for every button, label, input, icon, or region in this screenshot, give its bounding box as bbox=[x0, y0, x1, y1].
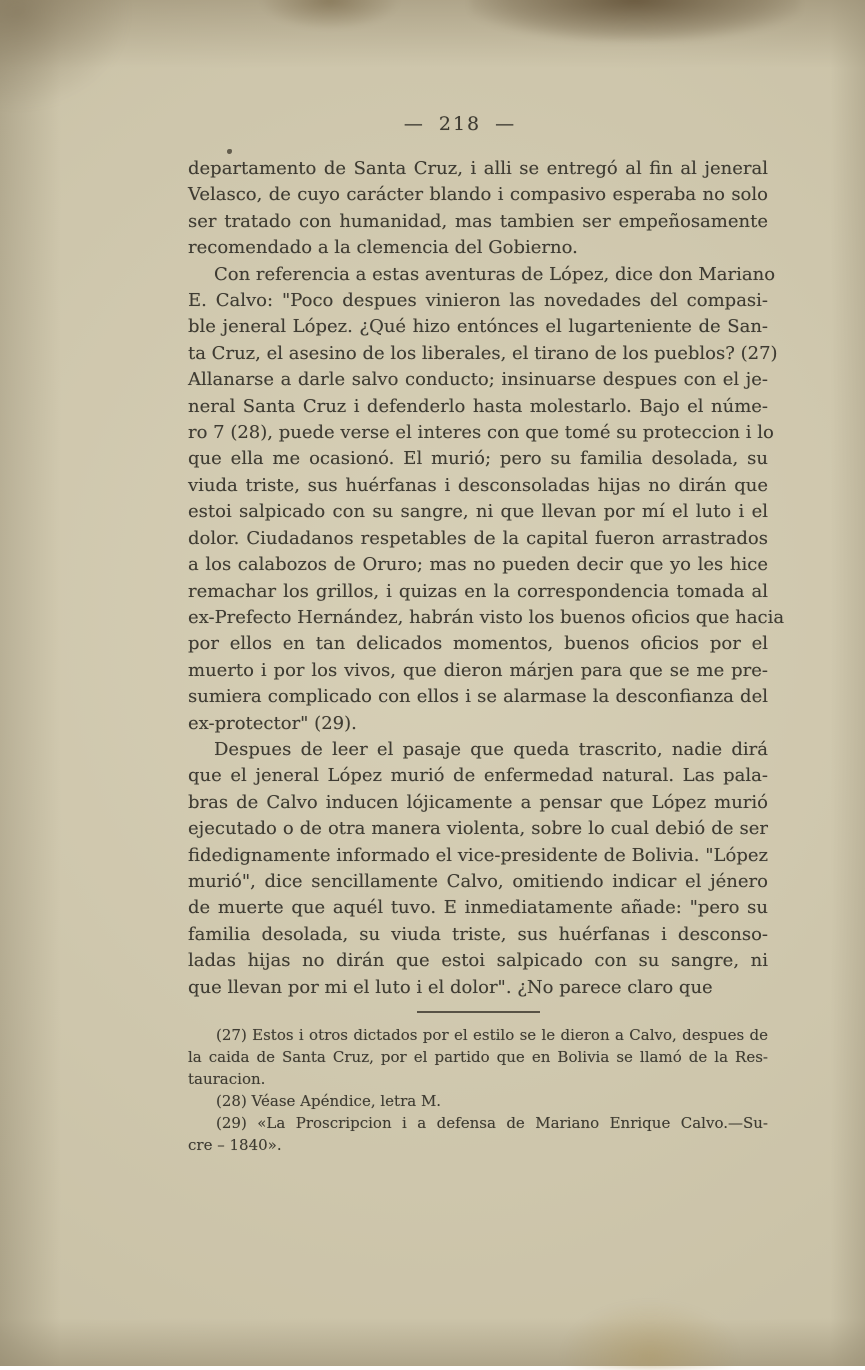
text-line: Velasco, de cuyo carácter blando i compa… bbox=[188, 182, 768, 208]
text-line: ladas hijas no dirán que estoi salpicado… bbox=[188, 948, 768, 974]
footnote-separator bbox=[417, 1011, 540, 1013]
text-line: Con referencia a estas aventuras de Lópe… bbox=[188, 262, 768, 288]
text-line: Allanarse a darle salvo conducto; insinu… bbox=[188, 367, 768, 393]
text-line: familia desolada, su viuda triste, sus h… bbox=[188, 922, 768, 948]
text-line: muerto i por los vivos, que dieron márje… bbox=[188, 658, 768, 684]
text-line: que ella me ocasionó. El murió; pero su … bbox=[188, 446, 768, 472]
text-line: departamento de Santa Cruz, i alli se en… bbox=[188, 156, 768, 182]
page-number: — 218 — bbox=[152, 112, 768, 136]
text-line: recomendado a la clemencia del Gobierno. bbox=[188, 235, 768, 261]
text-line: que llevan por mi el luto i el dolor". ¿… bbox=[188, 975, 768, 1001]
paper-stain bbox=[0, 0, 130, 110]
text-line: (27) Estos i otros dictados por el estil… bbox=[188, 1024, 768, 1046]
text-line: murió", dice sencillamente Calvo, omitie… bbox=[188, 869, 768, 895]
scanned-book-page: — 218 — departamento de Santa Cruz, i al… bbox=[0, 0, 865, 1366]
text-line: la caida de Santa Cruz, por el partido q… bbox=[188, 1046, 768, 1068]
text-line: neral Santa Cruz i defenderlo hasta mole… bbox=[188, 394, 768, 420]
text-line: ser tratado con humanidad, mas tambien s… bbox=[188, 209, 768, 235]
text-line: ta Cruz, el asesino de los liberales, el… bbox=[188, 341, 768, 367]
text-line: viuda triste, sus huérfanas i desconsola… bbox=[188, 473, 768, 499]
text-line: E. Calvo: "Poco despues vinieron las nov… bbox=[188, 288, 768, 314]
text-line: (29) «La Proscripcion i a defensa de Mar… bbox=[188, 1112, 768, 1134]
text-line: bras de Calvo inducen lójicamente a pens… bbox=[188, 790, 768, 816]
paper-stain bbox=[560, 1300, 740, 1366]
text-line: ro 7 (28), puede verse el interes con qu… bbox=[188, 420, 768, 446]
text-line: fidedignamente informado el vice-preside… bbox=[188, 843, 768, 869]
text-line: sumiera complicado con ellos i se alarma… bbox=[188, 684, 768, 710]
text-line: ex-protector" (29). bbox=[188, 711, 768, 737]
text-line: que el jeneral López murió de enfermedad… bbox=[188, 763, 768, 789]
footnotes: (27) Estos i otros dictados por el estil… bbox=[188, 1024, 768, 1156]
paper-stain bbox=[470, 0, 800, 42]
text-line: de muerte que aquél tuvo. E inmediatamen… bbox=[188, 895, 768, 921]
text-line: por ellos en tan delicados momentos, bue… bbox=[188, 631, 768, 657]
text-line: estoi salpicado con su sangre, ni que ll… bbox=[188, 499, 768, 525]
text-line: a los calabozos de Oruro; mas no pueden … bbox=[188, 552, 768, 578]
text-line: ble jeneral López. ¿Qué hizo entónces el… bbox=[188, 314, 768, 340]
text-line: tauracion. bbox=[188, 1068, 768, 1090]
text-line: (28) Véase Apéndice, letra M. bbox=[188, 1090, 768, 1112]
paper-stain bbox=[260, 0, 400, 30]
text-line: Despues de leer el pasaje que queda tras… bbox=[188, 737, 768, 763]
text-line: ex-Prefecto Hernández, habrán visto los … bbox=[188, 605, 768, 631]
text-line: dolor. Ciudadanos respetables de la capi… bbox=[188, 526, 768, 552]
text-line: ejecutado o de otra manera violenta, sob… bbox=[188, 816, 768, 842]
text-block: — 218 — departamento de Santa Cruz, i al… bbox=[188, 112, 768, 1156]
text-line: cre – 1840». bbox=[188, 1134, 768, 1156]
text-line: remachar los grillos, i quizas en la cor… bbox=[188, 579, 768, 605]
body-text: departamento de Santa Cruz, i alli se en… bbox=[188, 156, 768, 1001]
